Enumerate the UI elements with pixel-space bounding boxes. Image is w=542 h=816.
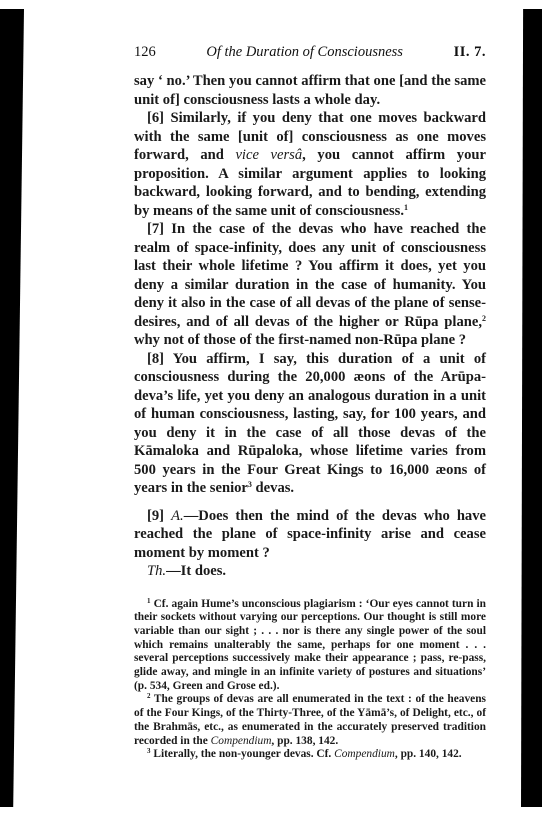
reply-text: —It does. — [166, 563, 226, 579]
paragraph-text: why not of those of the first-named non-… — [134, 332, 466, 348]
paragraph-9: [9] A.—Does then the mind of the devas w… — [134, 507, 486, 563]
footnote-text: Cf. again Hume’s unconscious plagiarism … — [134, 598, 486, 692]
scan-border-right — [521, 9, 542, 807]
footnote-2: 2 The groups of devas are all enumerated… — [134, 693, 486, 748]
paragraph-text: [7] In the case of the devas who have re… — [134, 221, 486, 330]
italic-title: Compendium — [334, 748, 395, 760]
paragraph-7: [7] In the case of the devas who have re… — [134, 220, 486, 350]
page-number: 126 — [134, 44, 156, 61]
speaker-label: Th. — [147, 563, 166, 579]
footnote-3: 3 Literally, the non-younger devas. Cf. … — [134, 748, 486, 762]
paragraph-number: [9] — [147, 508, 171, 524]
running-head: 126 Of the Duration of Consciousness II.… — [134, 44, 486, 66]
footnote-text: , pp. 140, 142. — [395, 748, 462, 760]
italic-phrase: vice versâ — [235, 147, 302, 163]
footnote-1: 1 Cf. again Hume’s unconscious plagiaris… — [134, 598, 486, 694]
section-number: II. 7. — [454, 44, 486, 61]
footnote-ref-1[interactable]: 1 — [404, 203, 408, 212]
footnote-text: , pp. 138, 142. — [271, 735, 338, 747]
scan-border-left — [0, 9, 24, 807]
speaker-label: A. — [171, 508, 184, 524]
footnotes: 1 Cf. again Hume’s unconscious plagiaris… — [134, 598, 486, 762]
body-text: say ‘ no.’ Then you cannot affirm that o… — [134, 72, 486, 581]
paragraph-text: [8] You affirm, I say, this duration of … — [134, 351, 486, 497]
reply-line: Th.—It does. — [134, 562, 486, 581]
footnote-ref-2[interactable]: 2 — [482, 314, 486, 323]
paragraph-continued: say ‘ no.’ Then you cannot affirm that o… — [134, 72, 486, 109]
paragraph-text: —Does then the mind of the devas who hav… — [134, 508, 486, 561]
paragraph-text: say ‘ no.’ Then you cannot affirm that o… — [134, 73, 486, 108]
paragraph-8: [8] You affirm, I say, this duration of … — [134, 350, 486, 498]
chapter-title: Of the Duration of Consciousness — [206, 44, 403, 61]
paragraph-6: [6] Similarly, if you deny that one move… — [134, 109, 486, 220]
footnote-text: Literally, the non-younger devas. Cf. — [151, 748, 335, 760]
book-page: 126 Of the Duration of Consciousness II.… — [134, 44, 486, 762]
italic-title: Compendium — [211, 735, 272, 747]
paragraph-text: devas. — [252, 480, 294, 496]
